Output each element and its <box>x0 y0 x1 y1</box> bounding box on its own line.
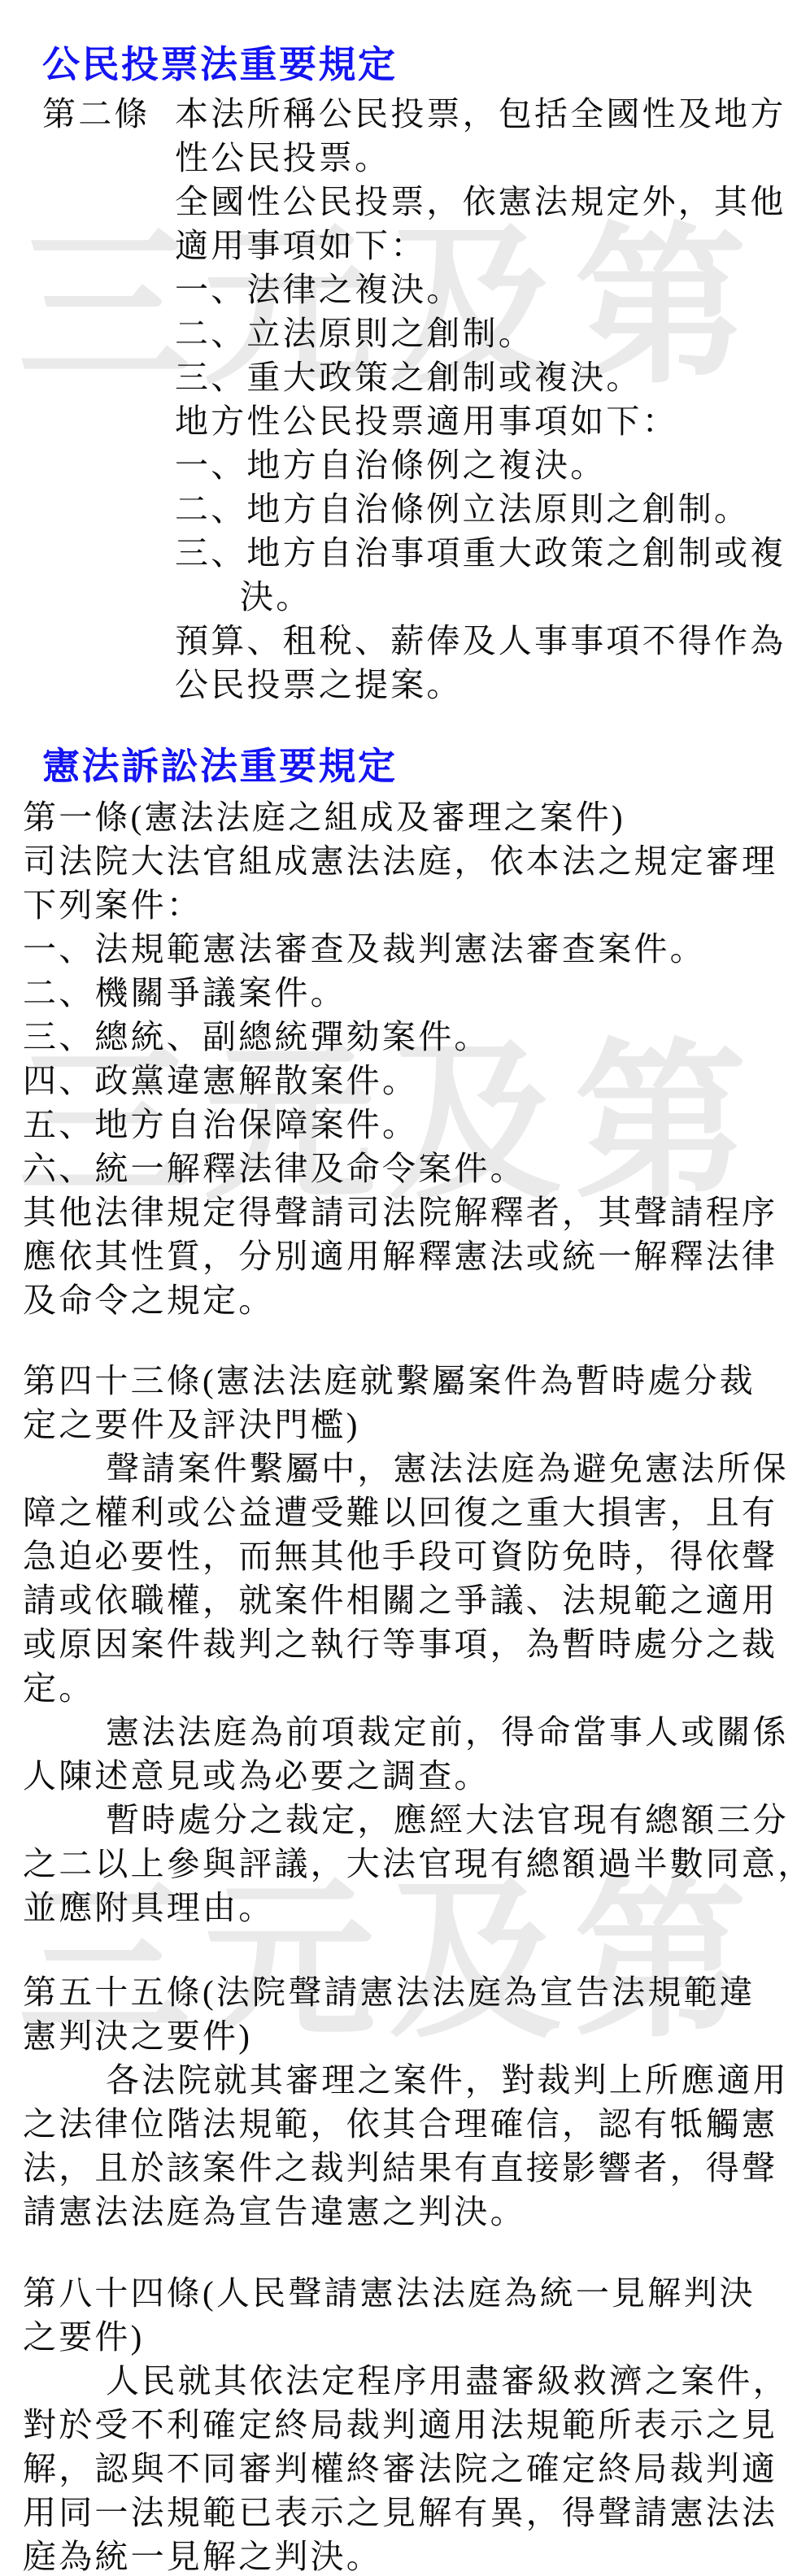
text-line: 決。 <box>240 575 311 619</box>
document-page: 三元及第三元及第三元及第 公民投票法重要規定 憲法訴訟法重要規定 第二條本法所稱… <box>0 0 797 2576</box>
text-line: 四、政黨違憲解散案件。 <box>23 1059 418 1103</box>
section-title-referendum-act: 公民投票法重要規定 <box>42 45 398 85</box>
text-line: 預算、租稅、薪俸及人事事項不得作為 <box>175 619 786 663</box>
text-line: 憲判決之要件) <box>23 2014 252 2058</box>
text-line: 司法院大法官組成憲法法庭，依本法之規定審理 <box>23 839 777 883</box>
text-line: 本法所稱公民投票，包括全國性及地方 <box>175 92 786 136</box>
text-line: 一、地方自治條例之複決。 <box>175 443 606 487</box>
text-line: 及命令之規定。 <box>23 1278 274 1322</box>
text-line: 五、地方自治保障案件。 <box>23 1103 418 1147</box>
text-line: 人陳述意見或為必要之調查。 <box>23 1754 490 1798</box>
text-line: 第二條 <box>42 92 150 136</box>
text-line: 各法院就其審理之案件，對裁判上所應適用 <box>106 2058 789 2102</box>
text-line: 請或依職權，就案件相關之爭議、法規範之適用 <box>23 1578 777 1622</box>
text-line: 地方性公民投票適用事項如下： <box>175 399 678 443</box>
text-line: 聲請案件繫屬中，憲法法庭為避免憲法所保 <box>106 1447 789 1490</box>
text-line: 一、法律之複決。 <box>175 268 463 311</box>
text-line: 請憲法法庭為宣告違憲之判決。 <box>23 2190 526 2234</box>
section-title-constitutional-court-act: 憲法訴訟法重要規定 <box>42 746 398 787</box>
text-line: 六、統一解釋法律及命令案件。 <box>23 1147 526 1190</box>
text-line: 之二以上參與評議，大法官現有總額過半數同意， <box>23 1842 797 1886</box>
text-line: 或原因案件裁判之執行等事項，為暫時處分之裁 <box>23 1622 777 1666</box>
text-line: 第五十五條(法院聲請憲法法庭為宣告法規範違 <box>23 1970 756 2014</box>
text-line: 並應附具理由。 <box>23 1886 274 1930</box>
text-line: 解，認與不同審判權終審法院之確定終局裁判適 <box>23 2447 777 2491</box>
text-line: 三、重大政策之創制或複決。 <box>175 355 642 399</box>
text-line: 用同一法規範已表示之見解有異，得聲請憲法法 <box>23 2491 777 2535</box>
text-line: 憲法法庭為前項裁定前，得命當事人或關係 <box>106 1710 789 1754</box>
text-line: 急迫必要性，而無其他手段可資防免時，得依聲 <box>23 1534 777 1578</box>
text-line: 第四十三條(憲法法庭就繫屬案件為暫時處分裁 <box>23 1359 756 1403</box>
text-line: 法，且於該案件之裁判結果有直接影響者，得聲 <box>23 2146 777 2190</box>
text-line: 其他法律規定得聲請司法院解釋者，其聲請程序 <box>23 1190 777 1234</box>
text-line: 適用事項如下： <box>175 224 426 268</box>
text-line: 第八十四條(人民聲請憲法法庭為統一見解判決 <box>23 2271 756 2315</box>
text-line: 下列案件： <box>23 883 203 927</box>
text-line: 定之要件及評決門檻) <box>23 1403 360 1447</box>
text-line: 性公民投票。 <box>175 136 390 180</box>
text-line: 之要件) <box>23 2315 144 2359</box>
text-line: 二、機關爭議案件。 <box>23 971 346 1015</box>
text-line: 公民投票之提案。 <box>175 663 463 707</box>
text-line: 二、地方自治條例立法原則之創制。 <box>175 487 750 531</box>
text-line: 之法律位階法規範，依其合理確信，認有牴觸憲 <box>23 2102 777 2146</box>
text-line: 二、立法原則之創制。 <box>175 311 534 355</box>
text-line: 人民就其依法定程序用盡審級救濟之案件， <box>106 2359 789 2403</box>
text-line: 庭為統一見解之判決。 <box>23 2535 382 2576</box>
text-line: 暫時處分之裁定，應經大法官現有總額三分 <box>106 1798 789 1842</box>
text-line: 對於受不利確定終局裁判適用法規範所表示之見 <box>23 2403 777 2447</box>
text-line: 一、法規範憲法審查及裁判憲法審查案件。 <box>23 927 706 971</box>
text-line: 三、地方自治事項重大政策之創制或複 <box>175 531 786 575</box>
text-line: 定。 <box>23 1666 94 1710</box>
text-line: 第一條(憲法法庭之組成及審理之案件) <box>23 795 625 839</box>
text-line: 三、總統、副總統彈劾案件。 <box>23 1015 490 1059</box>
text-line: 障之權利或公益遭受難以回復之重大損害，且有 <box>23 1490 777 1534</box>
text-line: 全國性公民投票，依憲法規定外，其他 <box>175 180 786 224</box>
text-line: 應依其性質，分別適用解釋憲法或統一解釋法律 <box>23 1234 777 1278</box>
